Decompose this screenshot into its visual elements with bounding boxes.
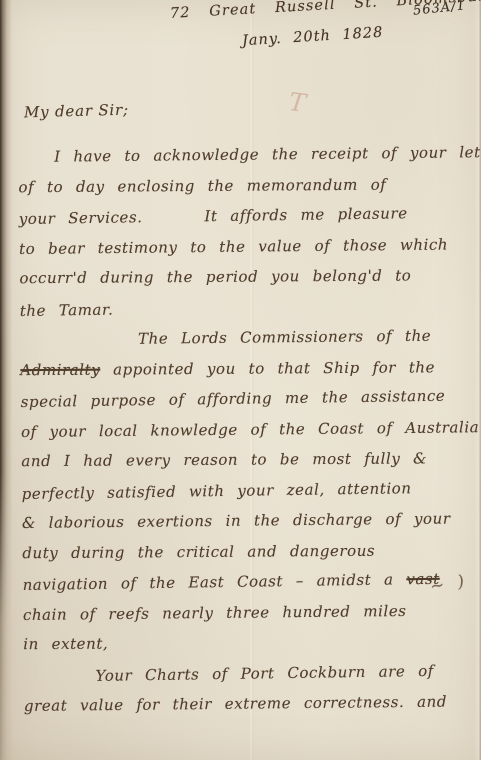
letter-line: the Tamar. xyxy=(20,289,480,326)
struck-word: Admiralty xyxy=(20,360,100,379)
line-text: It affords me pleasure xyxy=(204,204,407,225)
pencil-mark: T xyxy=(287,87,307,118)
line-text: appointed you to that Ship for the xyxy=(100,358,435,378)
line-text: special purpose of affording me the assi… xyxy=(21,387,446,411)
letter-line: in extent, xyxy=(23,626,481,660)
letter-line: of to day enclosing the memorandum of xyxy=(18,168,478,202)
letter-line: Your Charts of Port Cockburn are of xyxy=(23,655,481,692)
line-text: in extent, xyxy=(23,635,108,654)
letter-body: I have to acknowledge the receipt of you… xyxy=(18,137,481,721)
paper-edge-left xyxy=(0,0,12,760)
date-line: Jany. 20th 1828 xyxy=(242,25,384,50)
letter-line: to bear testimony to the value of those … xyxy=(19,229,479,264)
line-text: of your local knowledge of the Coast of … xyxy=(21,418,479,441)
line-text: navigation of the East Coast – amidst a xyxy=(23,570,407,594)
line-text: chain of reefs nearly three hundred mile… xyxy=(23,601,407,623)
line-text: of to day enclosing the memorandum of xyxy=(18,175,386,196)
letter-line: Admiralty appointed you to that Ship for… xyxy=(20,351,480,385)
line-text: duty during the critical and dangerous xyxy=(22,541,375,561)
letter-scan: 563A/1 72 Great Russell St. Bloomsbury J… xyxy=(0,0,481,760)
line-text: and I had every reason to be most fully … xyxy=(21,449,427,470)
line-text: your Services. xyxy=(19,208,143,228)
letter-line: occurr'd during the period you belong'd … xyxy=(19,260,479,294)
line-text: perfectly satisfied with your zeal, atte… xyxy=(22,479,412,503)
line-text: & laborious exertions in the discharge o… xyxy=(22,509,451,531)
letter-line: perfectly satisfied with your zeal, atte… xyxy=(21,472,481,509)
line-text: I have to acknowledge the receipt of you… xyxy=(54,143,481,166)
line-text: Your Charts of Port Cockburn are of xyxy=(95,661,433,684)
line-text: the Tamar. xyxy=(20,300,114,319)
letter-line: I have to acknowledge the receipt of you… xyxy=(18,137,478,172)
line-text: occurr'd during the period you belong'd … xyxy=(19,266,411,287)
letter-line: chain of reefs nearly three hundred mile… xyxy=(23,595,481,630)
letter-line: and I had every reason to be most fully … xyxy=(21,443,481,477)
letter-line: duty during the critical and dangerous xyxy=(22,534,481,568)
salutation: My dear Sir; xyxy=(24,101,129,122)
letter-line: of your local knowledge of the Coast of … xyxy=(21,412,481,447)
line-text: The Lords Commissioners of the xyxy=(138,327,431,348)
line-text: great value for their extreme correctnes… xyxy=(24,693,447,715)
spacing-gap xyxy=(143,220,205,222)
line-text: to bear testimony to the value of those … xyxy=(19,235,448,257)
